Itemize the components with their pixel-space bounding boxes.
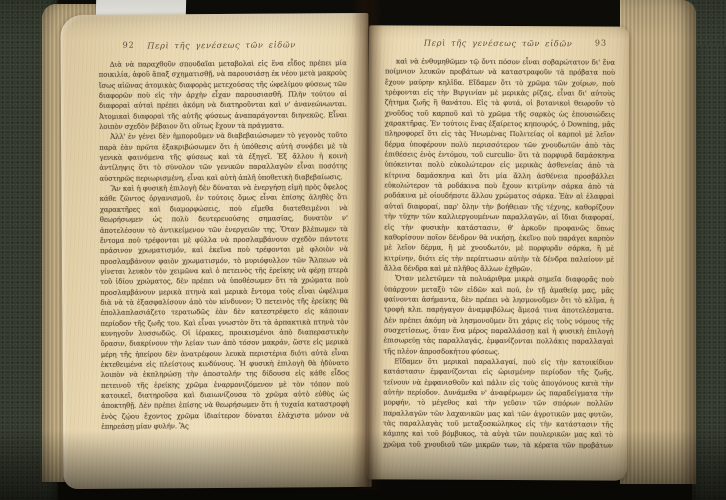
body-paragraph: Ἂν καὶ ἡ φυσικὴ ἐπιλογὴ δὲν δύναται νὰ ἐ… bbox=[100, 182, 350, 432]
body-paragraph: Ὅταν μελετῶμεν τὰ πολυάριθμα μικρὰ σημεῖ… bbox=[383, 274, 613, 358]
right-running-header: Περὶ τῆς γενέσεως τῶν εἰδῶν bbox=[424, 38, 573, 49]
page-edges-right bbox=[620, 0, 696, 484]
book-cover-right bbox=[692, 0, 726, 500]
right-page: Περὶ τῆς γενέσεως τῶν εἰδῶν 93 καὶ νὰ ἐν… bbox=[367, 25, 629, 480]
left-running-header: Περὶ τῆς γενέσεως τῶν εἰδῶν bbox=[147, 39, 296, 50]
left-page-body: Διὰ νὰ παραχθοῦν σπουδαῖαι μεταβολαὶ εἰς… bbox=[99, 58, 350, 432]
left-running-header-row: 92 Περὶ τῆς γενέσεως τῶν εἰδῶν bbox=[99, 39, 345, 53]
right-page-body: καὶ νὰ ἐνθυμηθῶμεν τῷ ὄντι πόσον εἶναι σ… bbox=[383, 56, 615, 449]
body-paragraph: Εἴδαμεν ὅτι μερικαὶ παραλλαγαί, ποὺ εἰς … bbox=[383, 356, 613, 449]
right-page-number: 93 bbox=[595, 39, 607, 48]
body-paragraph: Διὰ νὰ παραχθοῦν σπουδαῖαι μεταβολαὶ εἰς… bbox=[99, 58, 347, 132]
body-paragraph: καὶ νὰ ἐνθυμηθῶμεν τῷ ὄντι πόσον εἶναι σ… bbox=[384, 56, 615, 274]
right-running-header-row: Περὶ τῆς γενέσεως τῶν εἰδῶν 93 bbox=[385, 37, 611, 50]
left-page: 92 Περὶ τῆς γενέσεως τῶν εἰδῶν Διὰ νὰ πα… bbox=[60, 13, 371, 489]
body-paragraph: Ἀλλ' ἐν γένει δὲν ἠμποροῦμεν νὰ διαβεβαι… bbox=[99, 130, 347, 183]
open-book-photo: 92 Περὶ τῆς γενέσεως τῶν εἰδῶν Διὰ νὰ πα… bbox=[0, 0, 726, 500]
left-page-number: 92 bbox=[123, 41, 135, 50]
